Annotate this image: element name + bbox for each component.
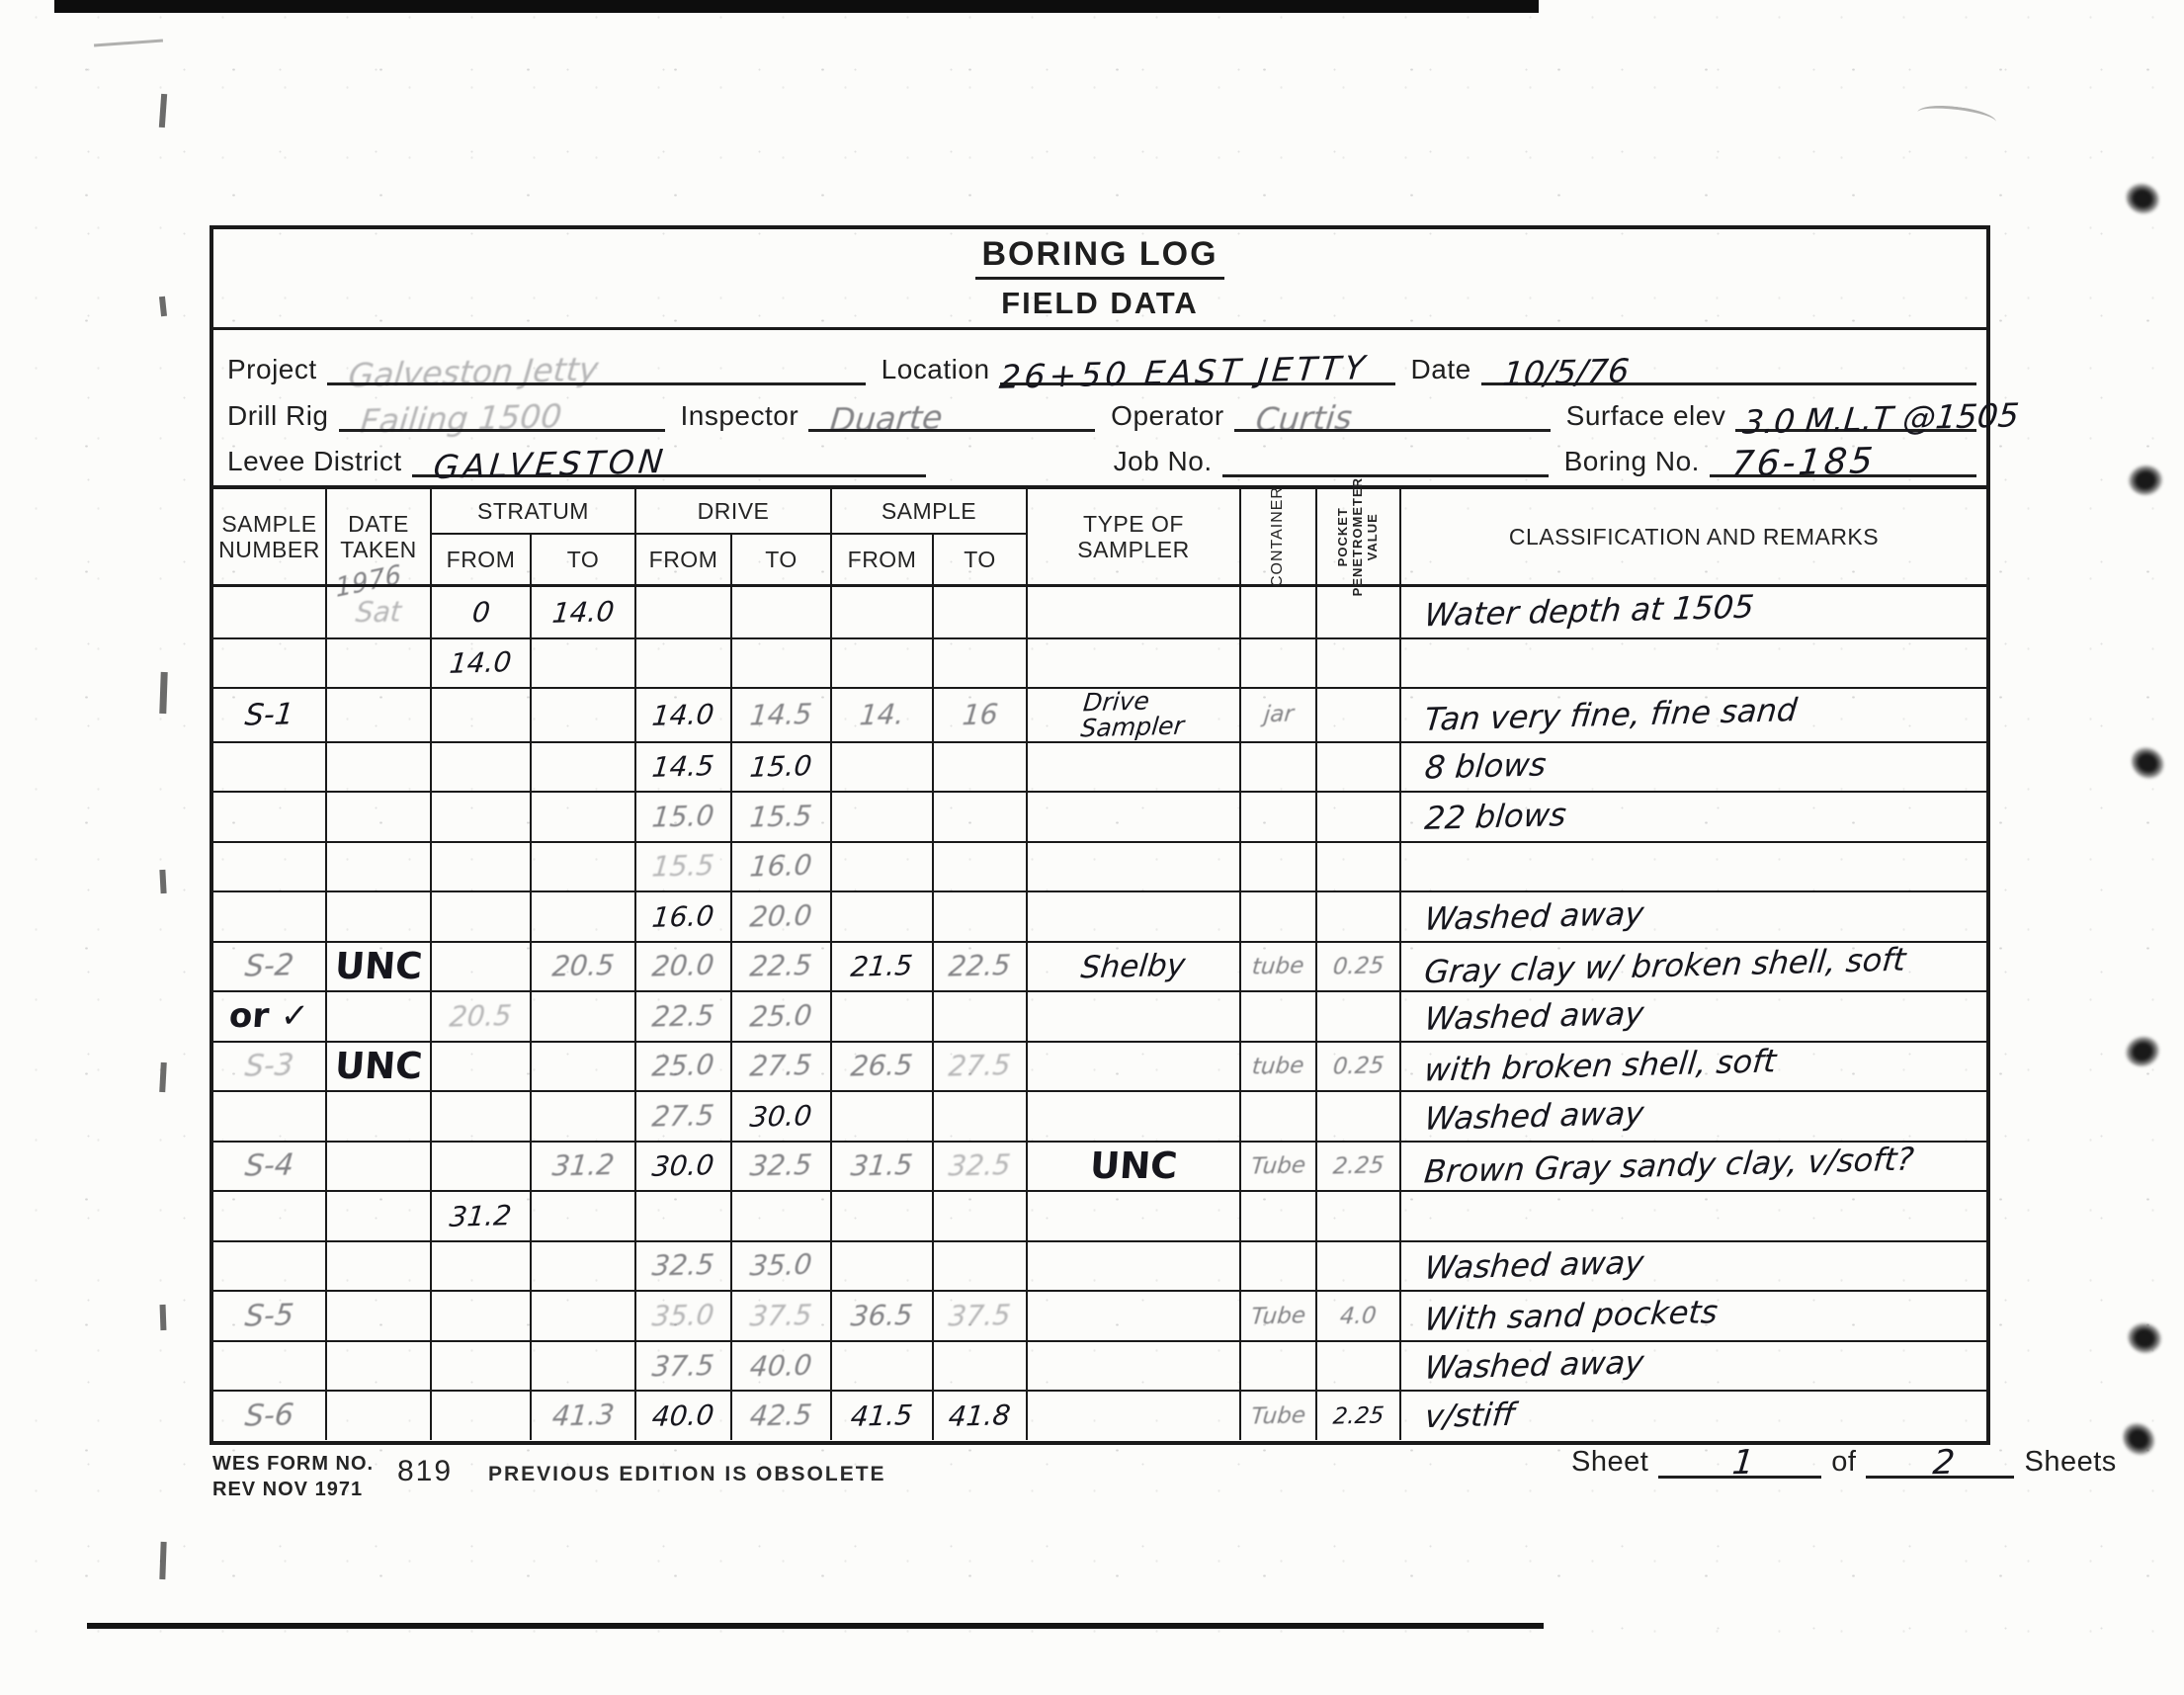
job-no-label: Job No.	[1114, 446, 1213, 477]
sheet-number-value: 1	[1730, 1446, 1755, 1482]
handwritten-entry: 37.5	[948, 1301, 1012, 1331]
sheets-label: Sheets	[2024, 1446, 2116, 1479]
cell-cont	[1239, 892, 1315, 941]
cell-type	[1026, 1292, 1239, 1340]
form-number: 819	[397, 1455, 453, 1488]
cell-remark: with broken shell, soft	[1399, 1043, 1986, 1091]
handwritten-entry: jar	[1262, 703, 1294, 727]
col-header-container: CONTAINER	[1239, 489, 1315, 584]
cell-d_from	[634, 639, 730, 688]
cell-d_to	[730, 1192, 830, 1240]
handwritten-entry: 31.2	[550, 1151, 615, 1182]
cell-d_from: 22.5	[634, 992, 730, 1041]
cell-s_to: 31.2	[530, 1143, 634, 1191]
cell-m_from: 41.5	[830, 1392, 932, 1440]
handwritten-entry: or ✓	[228, 999, 310, 1035]
cell-type: Shelby	[1026, 943, 1239, 991]
cell-remark: Gray clay w/ broken shell, soft	[1399, 943, 1986, 991]
cell-s_from	[430, 1092, 530, 1141]
handwritten-entry: Drive Sampler	[1079, 688, 1187, 742]
cell-type	[1026, 843, 1239, 891]
table-row: 14.0	[213, 637, 1986, 688]
handwritten-entry: 32.5	[651, 1251, 715, 1282]
cell-pen	[1315, 843, 1399, 891]
scanned-boring-log-page: BORING LOG FIELD DATA Project Galveston …	[0, 0, 2184, 1695]
cell-m_to: 37.5	[932, 1292, 1026, 1340]
handwritten-entry: 40.0	[651, 1400, 715, 1431]
cell-s_from: 31.2	[430, 1192, 530, 1240]
cell-cont	[1239, 743, 1315, 792]
cell-s_to	[530, 1342, 634, 1391]
location-field: 26+50 EAST JETTY	[1000, 350, 1395, 385]
cell-pen	[1315, 689, 1399, 741]
sheet-label: Sheet	[1571, 1446, 1648, 1479]
cell-d_from: 30.0	[634, 1143, 730, 1191]
cell-s_from	[430, 1292, 530, 1340]
cell-sample	[213, 843, 325, 891]
handwritten-entry: 16.0	[749, 851, 813, 882]
of-label: of	[1831, 1446, 1856, 1479]
handwritten-entry: S-1	[243, 699, 294, 731]
handwritten-entry: 40.0	[749, 1351, 813, 1382]
table-header: SAMPLE NUMBER DATE TAKEN1976 STRATUM DRI…	[213, 489, 1986, 587]
handwritten-entry: 20.0	[651, 951, 715, 981]
cell-m_to: 22.5	[932, 943, 1026, 991]
form-title: BORING LOG	[975, 235, 1223, 280]
form-info-section: Project Galveston Jetty Location 26+50 E…	[213, 330, 1986, 489]
cell-m_to	[932, 1192, 1026, 1240]
cell-date: UNC	[325, 1043, 430, 1091]
cell-sample: S-4	[213, 1143, 325, 1191]
scan-artifact-margin-tick	[159, 1542, 166, 1579]
cell-d_from: 40.0	[634, 1392, 730, 1440]
handwritten-entry: Shelby	[1080, 949, 1187, 983]
cell-m_from	[830, 639, 932, 688]
cell-date: UNC	[325, 943, 430, 991]
cell-d_to: 16.0	[730, 843, 830, 891]
cell-s_from	[430, 892, 530, 941]
cell-type	[1026, 587, 1239, 637]
cell-m_to	[932, 843, 1026, 891]
table-row: 27.530.0Washed away	[213, 1090, 1986, 1141]
handwritten-entry: S-3	[243, 1051, 294, 1083]
handwritten-entry: Tube	[1250, 1304, 1307, 1329]
cell-d_to: 22.5	[730, 943, 830, 991]
scan-artifact-dash	[94, 40, 163, 47]
cell-m_to	[932, 743, 1026, 792]
cell-cont	[1239, 843, 1315, 891]
handwritten-entry: 15.0	[749, 751, 813, 782]
cell-d_from: 20.0	[634, 943, 730, 991]
scan-artifact-blob	[2124, 1319, 2164, 1357]
cell-type	[1026, 1392, 1239, 1440]
location-label: Location	[882, 354, 990, 385]
handwritten-entry: 26.5	[850, 1052, 914, 1082]
scan-artifact-bottom-line	[87, 1623, 1544, 1629]
cell-type	[1026, 1043, 1239, 1091]
cell-sample	[213, 892, 325, 941]
handwritten-entry: 0.25	[1332, 1054, 1386, 1078]
cell-cont: Tube	[1239, 1392, 1315, 1440]
handwritten-entry: tube	[1251, 954, 1305, 979]
cell-s_to	[530, 892, 634, 941]
handwritten-entry: 41.3	[550, 1400, 615, 1431]
cell-m_to: 41.8	[932, 1392, 1026, 1440]
cell-s_from	[430, 743, 530, 792]
cell-m_from	[830, 793, 932, 841]
table-row: S-2UNC20.520.022.521.522.5Shelbytube0.25…	[213, 941, 1986, 991]
handwritten-entry: Washed away	[1423, 997, 1645, 1036]
handwritten-entry: Tan very fine, fine sand	[1423, 694, 1799, 736]
col-header-drive-to: TO	[730, 533, 830, 584]
cell-date	[325, 1143, 430, 1191]
col-header-sample: SAMPLE	[830, 489, 1026, 533]
cell-d_from: 14.5	[634, 743, 730, 792]
scan-artifact-margin-tick	[159, 672, 167, 714]
cell-s_to	[530, 793, 634, 841]
date-value: 10/5/76	[1501, 355, 1631, 392]
handwritten-entry: 25.0	[749, 1001, 813, 1032]
handwritten-entry: 21.5	[850, 951, 914, 981]
handwritten-entry: 27.5	[651, 1101, 715, 1132]
cell-d_to: 42.5	[730, 1392, 830, 1440]
handwritten-entry: 22 blows	[1423, 799, 1567, 835]
cell-date	[325, 992, 430, 1041]
cell-s_to	[530, 843, 634, 891]
handwritten-entry: 20.5	[550, 951, 615, 981]
col-header-date-taken: DATE TAKEN1976	[325, 489, 430, 584]
cell-s_from	[430, 843, 530, 891]
boring-no-field: 76-185	[1710, 442, 1976, 477]
handwritten-entry: 15.5	[749, 802, 813, 832]
boring-log-form: BORING LOG FIELD DATA Project Galveston …	[210, 225, 1990, 1445]
cell-cont	[1239, 992, 1315, 1041]
cell-pen	[1315, 1092, 1399, 1141]
handwritten-entry: Gray clay w/ broken shell, soft	[1423, 944, 1907, 989]
handwritten-entry: 37.5	[651, 1351, 715, 1382]
handwritten-entry: 14.	[859, 700, 905, 730]
cell-pen	[1315, 992, 1399, 1041]
cell-date	[325, 1192, 430, 1240]
scan-artifact-blob	[2125, 462, 2165, 499]
cell-d_from	[634, 587, 730, 637]
cell-d_from: 32.5	[634, 1242, 730, 1291]
table-row: 37.540.0Washed away	[213, 1340, 1986, 1391]
handwritten-entry: 30.0	[749, 1101, 813, 1132]
cell-date	[325, 793, 430, 841]
handwritten-entry: Washed away	[1423, 1097, 1645, 1136]
handwritten-entry: 14.0	[550, 597, 615, 628]
scan-artifact-margin-tick	[159, 870, 166, 893]
cell-m_from: 31.5	[830, 1143, 932, 1191]
cell-sample	[213, 1092, 325, 1141]
cell-date	[325, 689, 430, 741]
cell-m_from	[830, 1242, 932, 1291]
table-row: 15.516.0	[213, 841, 1986, 891]
cell-pen	[1315, 743, 1399, 792]
handwritten-entry: 0	[470, 597, 491, 627]
handwritten-entry: 41.8	[948, 1400, 1012, 1431]
cell-s_to	[530, 1043, 634, 1091]
cell-sample: S-6	[213, 1392, 325, 1440]
col-header-text: SAMPLE NUMBER	[218, 511, 320, 563]
handwritten-entry: tube	[1251, 1054, 1305, 1079]
cell-date: Sat	[325, 587, 430, 637]
inspector-label: Inspector	[681, 400, 799, 432]
cell-d_from: 14.0	[634, 689, 730, 741]
scan-artifact-squiggle	[1916, 102, 1997, 132]
cell-m_from	[830, 1342, 932, 1391]
cell-s_to	[530, 1292, 634, 1340]
cell-m_to	[932, 639, 1026, 688]
boring-no-value: 76-185	[1729, 443, 1878, 484]
col-header-stratum-from: FROM	[430, 533, 530, 584]
cell-remark: v/stiff	[1399, 1392, 1986, 1440]
handwritten-entry: 31.2	[449, 1201, 513, 1231]
table-row: S-431.230.032.531.532.5UNCTube2.25Brown …	[213, 1141, 1986, 1191]
form-subtitle: FIELD DATA	[1001, 286, 1199, 321]
col-header-stratum: STRATUM	[430, 489, 634, 533]
cell-d_to: 32.5	[730, 1143, 830, 1191]
handwritten-entry: 22.5	[948, 951, 1012, 981]
cell-remark	[1399, 639, 1986, 688]
cell-m_to	[932, 892, 1026, 941]
cell-s_to	[530, 1242, 634, 1291]
table-row: 32.535.0Washed away	[213, 1240, 1986, 1291]
cell-pen: 2.25	[1315, 1392, 1399, 1440]
cell-date	[325, 1342, 430, 1391]
cell-cont	[1239, 587, 1315, 637]
handwritten-entry: 2.25	[1332, 1153, 1386, 1178]
cell-m_from	[830, 1192, 932, 1240]
cell-sample	[213, 587, 325, 637]
table-row: or ✓20.522.525.0Washed away	[213, 990, 1986, 1041]
cell-d_to: 27.5	[730, 1043, 830, 1091]
cell-cont	[1239, 1092, 1315, 1141]
cell-cont	[1239, 1192, 1315, 1240]
handwritten-entry: S-6	[243, 1399, 294, 1432]
date-field: 10/5/76	[1481, 350, 1976, 385]
cell-cont: Tube	[1239, 1143, 1315, 1191]
cell-date	[325, 892, 430, 941]
col-header-text: POCKET PENETROMETER VALUE	[1336, 477, 1381, 596]
cell-s_to: 41.3	[530, 1392, 634, 1440]
handwritten-entry: 20.5	[449, 1001, 513, 1032]
cell-m_to: 32.5	[932, 1143, 1026, 1191]
surface-elev-label: Surface elev	[1566, 400, 1726, 432]
handwritten-entry: 35.0	[749, 1251, 813, 1282]
cell-m_from	[830, 843, 932, 891]
handwritten-entry: Brown Gray sandy clay, v/soft?	[1423, 1144, 1915, 1190]
cell-s_from	[430, 689, 530, 741]
handwritten-entry: UNC	[334, 948, 424, 986]
cell-d_to	[730, 587, 830, 637]
handwritten-entry: 14.0	[651, 700, 715, 730]
col-header-sample-from: FROM	[830, 533, 932, 584]
cell-remark	[1399, 1192, 1986, 1240]
cell-sample	[213, 1192, 325, 1240]
table-row: S-535.037.536.537.5Tube4.0With sand pock…	[213, 1290, 1986, 1340]
form-number-block: WES FORM NO. REV NOV 1971	[212, 1451, 374, 1502]
cell-sample: S-1	[213, 689, 325, 741]
cell-remark	[1399, 843, 1986, 891]
cell-sample: S-5	[213, 1292, 325, 1340]
cell-cont	[1239, 1242, 1315, 1291]
table-row: S-114.014.514.16Drive SamplerjarTan very…	[213, 687, 1986, 741]
cell-s_to	[530, 689, 634, 741]
sheet-counter: Sheet 1 of 2 Sheets	[1571, 1445, 2127, 1479]
cell-pen: 2.25	[1315, 1143, 1399, 1191]
handwritten-entry: 22.5	[651, 1001, 715, 1032]
cell-m_from: 21.5	[830, 943, 932, 991]
handwritten-entry: 37.5	[749, 1301, 813, 1331]
cell-m_to	[932, 1342, 1026, 1391]
cell-s_from	[430, 943, 530, 991]
operator-value: Curtis	[1254, 401, 1353, 438]
col-header-text: DATE TAKEN	[340, 511, 416, 563]
cell-s_from: 14.0	[430, 639, 530, 688]
cell-date	[325, 1092, 430, 1141]
cell-m_from	[830, 892, 932, 941]
cell-s_from	[430, 1043, 530, 1091]
cell-type	[1026, 1192, 1239, 1240]
handwritten-entry: 14.5	[651, 751, 715, 782]
table-row: Sat014.0Water depth at 1505	[213, 587, 1986, 637]
cell-type	[1026, 1092, 1239, 1141]
handwritten-entry: Sat	[355, 597, 403, 628]
inspector-field: Duarte	[808, 396, 1095, 432]
info-row-3: Levee District GALVESTON Job No. Boring …	[227, 436, 1976, 477]
handwritten-entry: Washed away	[1423, 1246, 1645, 1285]
cell-pen	[1315, 892, 1399, 941]
cell-s_from: 0	[430, 587, 530, 637]
levee-district-label: Levee District	[227, 446, 402, 477]
cell-remark: With sand pockets	[1399, 1292, 1986, 1340]
cell-remark: Washed away	[1399, 1242, 1986, 1291]
form-title-section: BORING LOG FIELD DATA	[213, 229, 1986, 330]
cell-type	[1026, 992, 1239, 1041]
handwritten-entry: UNC	[1089, 1147, 1179, 1186]
handwritten-entry: S-5	[243, 1300, 294, 1332]
handwritten-entry: 15.5	[651, 851, 715, 882]
cell-d_to: 30.0	[730, 1092, 830, 1141]
operator-field: Curtis	[1234, 396, 1551, 432]
cell-d_from: 15.0	[634, 793, 730, 841]
col-header-drive-from: FROM	[634, 533, 730, 584]
scan-artifact-margin-tick	[159, 297, 167, 317]
cell-sample	[213, 639, 325, 688]
scan-artifact-blob	[2121, 179, 2163, 218]
cell-m_from	[830, 743, 932, 792]
sheets-total-value: 2	[1931, 1446, 1956, 1482]
scan-artifact-top-bar	[54, 0, 1539, 13]
cell-m_from	[830, 587, 932, 637]
cell-s_to: 20.5	[530, 943, 634, 991]
levee-district-value: GALVESTON	[432, 445, 668, 485]
cell-d_from: 37.5	[634, 1342, 730, 1391]
scan-artifact-margin-tick	[159, 94, 167, 127]
handwritten-entry: 35.0	[651, 1301, 715, 1331]
info-row-2: Drill Rig Failing 1500 Inspector Duarte …	[227, 390, 1976, 432]
cell-sample	[213, 1342, 325, 1391]
handwritten-entry: 25.0	[651, 1052, 715, 1082]
handwritten-entry: 27.5	[749, 1052, 813, 1082]
cell-cont	[1239, 1342, 1315, 1391]
handwritten-entry: With sand pockets	[1423, 1296, 1720, 1336]
cell-type	[1026, 793, 1239, 841]
table-row: S-3UNC25.027.526.527.5tube0.25with broke…	[213, 1041, 1986, 1091]
handwritten-entry: Water depth at 1505	[1423, 591, 1755, 633]
col-header-text: CONTAINER	[1269, 486, 1287, 587]
cell-type	[1026, 892, 1239, 941]
cell-m_to: 16	[932, 689, 1026, 741]
cell-type	[1026, 743, 1239, 792]
cell-d_to: 15.5	[730, 793, 830, 841]
handwritten-entry: 2.25	[1332, 1403, 1386, 1428]
cell-type: UNC	[1026, 1143, 1239, 1191]
inspector-value: Duarte	[828, 400, 944, 438]
cell-pen	[1315, 1342, 1399, 1391]
cell-remark: Brown Gray sandy clay, v/soft?	[1399, 1143, 1986, 1191]
sheet-number-field: 1	[1658, 1445, 1821, 1479]
drill-rig-field: Failing 1500	[339, 396, 665, 432]
cell-d_from: 35.0	[634, 1292, 730, 1340]
handwritten-entry: 41.5	[850, 1400, 914, 1431]
cell-s_from	[430, 793, 530, 841]
info-row-1: Project Galveston Jetty Location 26+50 E…	[227, 344, 1976, 385]
handwritten-entry: 8 blows	[1423, 748, 1548, 785]
operator-label: Operator	[1111, 400, 1224, 432]
cell-d_to: 25.0	[730, 992, 830, 1041]
col-header-classification: CLASSIFICATION AND REMARKS	[1399, 489, 1986, 584]
cell-d_to: 14.5	[730, 689, 830, 741]
obsolete-note: PREVIOUS EDITION IS OBSOLETE	[488, 1463, 886, 1486]
cell-sample	[213, 743, 325, 792]
cell-s_from	[430, 1342, 530, 1391]
cell-cont: tube	[1239, 943, 1315, 991]
cell-pen	[1315, 1192, 1399, 1240]
handwritten-entry: 22.5	[749, 951, 813, 981]
col-header-sample-number: SAMPLE NUMBER	[213, 489, 325, 584]
cell-date	[325, 743, 430, 792]
handwritten-entry: 31.5	[850, 1151, 914, 1182]
handwritten-entry: 15.0	[651, 802, 715, 832]
table-row: 15.015.522 blows	[213, 791, 1986, 841]
form-no-line2: REV NOV 1971	[212, 1477, 374, 1502]
location-value: 26+50 EAST JETTY	[997, 351, 1370, 394]
cell-s_to	[530, 639, 634, 688]
cell-s_to	[530, 1092, 634, 1141]
cell-remark: Washed away	[1399, 1092, 1986, 1141]
sheets-total-field: 2	[1866, 1445, 2014, 1479]
drill-rig-value: Failing 1500	[359, 399, 563, 439]
scan-artifact-blob	[2124, 740, 2170, 786]
date-label: Date	[1411, 354, 1471, 385]
scan-artifact-blob	[2121, 1031, 2165, 1072]
cell-d_to: 15.0	[730, 743, 830, 792]
cell-pen: 0.25	[1315, 1043, 1399, 1091]
cell-m_to	[932, 1092, 1026, 1141]
cell-pen: 0.25	[1315, 943, 1399, 991]
cell-date	[325, 843, 430, 891]
boring-no-label: Boring No.	[1564, 446, 1700, 477]
cell-cont: jar	[1239, 689, 1315, 741]
cell-type: Drive Sampler	[1026, 689, 1239, 741]
cell-s_from	[430, 1143, 530, 1191]
handwritten-entry: 30.0	[651, 1151, 715, 1182]
cell-sample: or ✓	[213, 992, 325, 1041]
cell-d_to: 40.0	[730, 1342, 830, 1391]
